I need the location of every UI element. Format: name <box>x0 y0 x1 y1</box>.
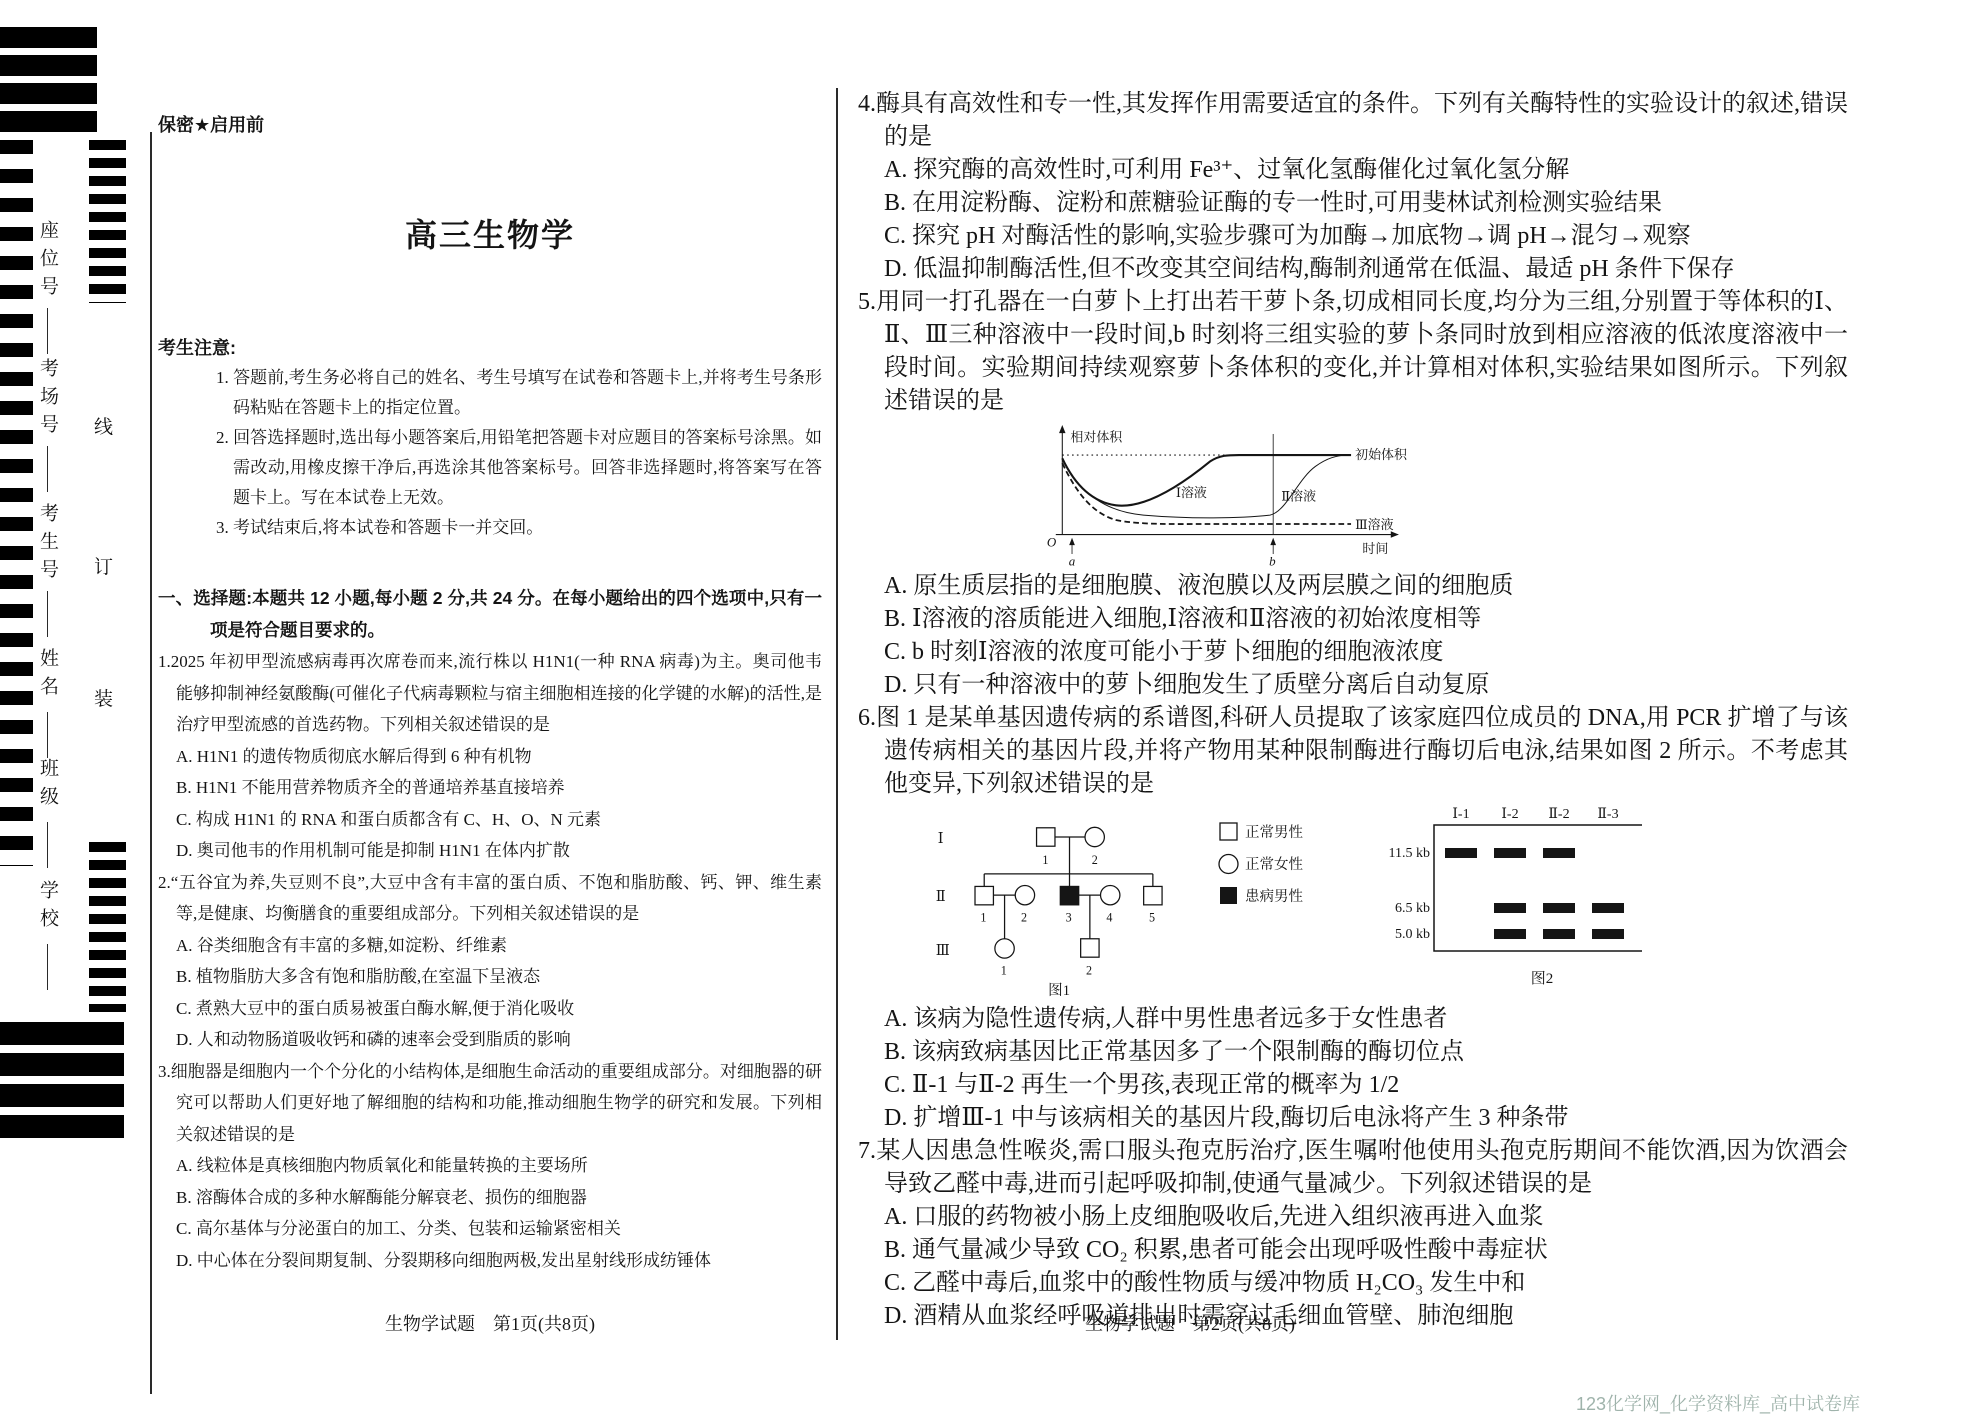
generation-label-1: Ⅰ <box>938 831 944 847</box>
page-footer-1: 生物学试题 第1页(共8页) <box>158 1310 822 1336</box>
notice-item-2: 2. 回答选择题时,选出每小题答案后,用铅笔把答题卡对应题目的答案标号涂黑。如需… <box>216 423 822 513</box>
question-4-option-B: B. 在用淀粉酶、淀粉和蔗糖验证酶的专一性时,可用斐林试剂检测实验结果 <box>858 187 1848 220</box>
question-7-stem: 7.某人因患急性喉炎,需口服头孢克肟治疗,医生嘱咐他使用头孢克肟期间不能饮酒,因… <box>858 1135 1848 1201</box>
registration-marks-left-edge <box>0 140 33 866</box>
field-line <box>47 446 48 492</box>
question-2-option-C: C. 煮熟大豆中的蛋白质易被蛋白酶水解,便于消化吸收 <box>158 993 822 1025</box>
question-2-stem: 2.“五谷宜为养,失豆则不良”,大豆中含有丰富的蛋白质、不饱和脂肪酸、钙、钾、维… <box>158 867 822 930</box>
question-4-option-D: D. 低温抑制酶活性,但不改变其空间结构,酶制剂通常在低温、最适 pH 条件下保… <box>858 253 1848 286</box>
notice-item-1: 1. 答题前,考生务必将自己的姓名、考生号填写在试卷和答题卡上,并将考生号条形码… <box>216 363 822 423</box>
question-5-option-C: C. b 时刻Ⅰ溶液的浓度可能小于萝卜细胞的细胞液浓度 <box>858 636 1848 669</box>
gel-lane-label: Ⅱ-2 <box>1548 807 1569 822</box>
figure-q5-osmosis-graph: 相对体积 初始体积 Ⅰ溶液 Ⅱ溶液 Ⅲ溶液 时间 O a b <box>1028 421 1848 567</box>
question-2: 2.“五谷宜为养,失豆则不良”,大豆中含有丰富的蛋白质、不饱和脂肪酸、钙、钾、维… <box>158 867 822 1056</box>
question-stem-text: 图 1 是某单基因遗传病的系谱图,科研人员提取了该家庭四位成员的 DNA,用 P… <box>876 705 1848 797</box>
y-axis-arrowhead <box>1059 425 1065 433</box>
gel-band <box>1592 929 1624 939</box>
gel-size-label: 6.5 kb <box>1395 901 1430 916</box>
question-6-option-A: A. 该病为隐性遗传病,人群中男性患者远多于女性患者 <box>858 1003 1848 1036</box>
question-number: 1. <box>158 652 171 671</box>
q5-relative-volume-chart: 相对体积 初始体积 Ⅰ溶液 Ⅱ溶液 Ⅲ溶液 时间 O a b <box>1028 421 1434 567</box>
question-3-option-D: D. 中心体在分裂间期复制、分裂期移向细胞两极,发出星射线形成纺锤体 <box>158 1245 822 1277</box>
registration-marks-top-left <box>0 27 97 135</box>
legend-square-icon <box>1220 823 1237 840</box>
notice-item-3: 3. 考试结束后,将本试卷和答题卡一并交回。 <box>216 513 822 543</box>
question-3-option-A: A. 线粒体是真核细胞内物质氧化和能量转换的主要场所 <box>158 1150 822 1182</box>
watermark: 123化学网_化学资料库_高中试卷库 <box>1576 1390 1860 1416</box>
question-stem-text: 某人因患急性喉炎,需口服头孢克肟治疗,医生嘱咐他使用头孢克肟期间不能饮酒,因为饮… <box>876 1138 1848 1197</box>
person-number: 2 <box>1086 964 1092 978</box>
gel-band <box>1543 848 1575 858</box>
person-I-2-normal-female <box>1085 827 1104 846</box>
registration-marks-bottom-left <box>0 1022 124 1144</box>
question-5-stem: 5.用同一打孔器在一白萝卜上打出若干萝卜条,切成相同长度,均分为三组,分别置于等… <box>858 286 1848 418</box>
person-II-4-normal-female <box>1101 885 1120 904</box>
person-II-2-normal-female <box>1015 885 1034 904</box>
gel-bands-group <box>1445 848 1624 939</box>
question-7: 7.某人因患急性喉炎,需口服头孢克肟治疗,医生嘱咐他使用头孢克肟期间不能饮酒,因… <box>858 1135 1848 1333</box>
question-stem-text: 酶具有高效性和专一性,其发挥作用需要适宜的条件。下列有关酶特性的实验设计的叙述,… <box>876 91 1848 150</box>
solution-1-label: Ⅰ溶液 <box>1176 485 1207 500</box>
tick-a-label: a <box>1069 553 1075 567</box>
tick-b-label: b <box>1269 553 1276 567</box>
question-2-option-A: A. 谷类细胞含有丰富的多糖,如淀粉、纤维素 <box>158 930 822 962</box>
origin-label: O <box>1047 535 1057 550</box>
question-4-stem: 4.酶具有高效性和专一性,其发挥作用需要适宜的条件。下列有关酶特性的实验设计的叙… <box>858 88 1848 154</box>
person-III-1-normal-female <box>995 939 1014 958</box>
person-II-3-affected-male <box>1060 886 1078 904</box>
question-1-option-A: A. H1N1 的遗传物质彻底水解后得到 6 种有机物 <box>158 741 822 773</box>
exam-title: 高三生物学 <box>158 220 822 252</box>
initial-volume-label: 初始体积 <box>1355 447 1408 462</box>
y-axis-label: 相对体积 <box>1070 429 1123 444</box>
question-4: 4.酶具有高效性和专一性,其发挥作用需要适宜的条件。下列有关酶特性的实验设计的叙… <box>858 88 1848 286</box>
gel-band <box>1494 848 1526 858</box>
field-line <box>47 944 48 990</box>
question-2-option-D: D. 人和动物肠道吸收钙和磷的速率会受到脂质的影响 <box>158 1024 822 1056</box>
question-1-option-C: C. 构成 H1N1 的 RNA 和蛋白质都含有 C、H、O、N 元素 <box>158 804 822 836</box>
gel-band <box>1592 903 1624 913</box>
person-number: 4 <box>1106 910 1112 924</box>
page-1: 保密★启用前 高三生物学 考生注意: 1. 答题前,考生务必将自己的姓名、考生号… <box>158 104 822 1276</box>
question-stem-text: 用同一打孔器在一白萝卜上打出若干萝卜条,切成相同长度,均分为三组,分别置于等体积… <box>876 289 1848 414</box>
legend-circle-icon <box>1219 855 1238 874</box>
person-II-5-normal-male <box>1144 886 1162 904</box>
generation-label-3: Ⅲ <box>936 943 950 959</box>
question-7-option-A: A. 口服的药物被小肠上皮细胞吸收后,先进入组织液再进入血浆 <box>858 1201 1848 1234</box>
q6-pedigree-legend: 正常男性 正常女性 患病男性 <box>1216 817 1336 911</box>
field-label-name: 姓名 <box>34 648 61 704</box>
field-line <box>47 591 48 637</box>
person-number: 3 <box>1066 910 1072 924</box>
question-2-option-B: B. 植物脂肪大多含有饱和脂肪酸,在室温下呈液态 <box>158 961 822 993</box>
field-line <box>47 712 48 758</box>
exam-sheet: 座位号 考场号 考生号 姓名 班级 学校 线 订 装 保密★启用前 高三生物学 … <box>0 0 1965 1422</box>
question-number: 2. <box>158 873 171 892</box>
legend-filled-square-icon <box>1220 887 1237 904</box>
question-number: 4. <box>858 91 876 117</box>
legend-label-normal-male: 正常男性 <box>1245 824 1303 841</box>
person-number: 5 <box>1149 910 1155 924</box>
question-5-option-A: A. 原生质层指的是细胞膜、液泡膜以及两层膜之间的细胞质 <box>858 570 1848 603</box>
question-7-option-C: C. 乙醛中毒后,血浆中的酸性物质与缓冲物质 H₂CO₃ 发生中和 <box>858 1267 1848 1300</box>
field-label-candidate-number: 考生号 <box>34 503 61 587</box>
tick-b-arrowhead <box>1270 538 1276 545</box>
question-3-option-B: B. 溶酶体合成的多种水解酶能分解衰老、损伤的细胞器 <box>158 1182 822 1214</box>
gel-band <box>1445 848 1477 858</box>
field-line <box>47 822 48 868</box>
center-divider-line <box>836 88 838 1340</box>
tick-a-arrowhead <box>1069 538 1075 545</box>
section-one-heading: 一、选择题:本题共 12 小题,每小题 2 分,共 24 分。在每小题给出的四个… <box>158 583 822 646</box>
registration-marks-inner-bottom <box>89 842 126 1012</box>
question-stem-text: “五谷宜为养,失豆则不良”,大豆中含有丰富的蛋白质、不饱和脂肪酸、钙、钾、维生素… <box>171 873 822 924</box>
question-1-option-D: D. 奥司他韦的作用机制可能是抑制 H1N1 在体内扩散 <box>158 835 822 867</box>
legend-label-affected-male: 患病男性 <box>1245 887 1303 905</box>
gel-band <box>1543 929 1575 939</box>
gel-lane-label: Ⅰ-2 <box>1501 807 1518 822</box>
figure-1-caption: 图1 <box>1048 982 1070 997</box>
person-I-1-normal-male <box>1037 828 1055 846</box>
question-6: 6.图 1 是某单基因遗传病的系谱图,科研人员提取了该家庭四位成员的 DNA,用… <box>858 702 1848 1135</box>
gel-band <box>1543 903 1575 913</box>
q6-pedigree-chart: Ⅰ Ⅱ Ⅲ 1 2 1 2 3 4 5 1 2 图1 <box>928 803 1180 997</box>
question-5-option-D: D. 只有一种溶液中的萝卜细胞发生了质壁分离后自动复原 <box>858 669 1848 702</box>
gel-band <box>1494 929 1526 939</box>
question-3: 3.细胞器是细胞内一个个分化的小结构体,是细胞生命活动的重要组成部分。对细胞器的… <box>158 1056 822 1277</box>
generation-label-2: Ⅱ <box>936 889 946 905</box>
solution-2-label: Ⅱ溶液 <box>1281 488 1316 503</box>
x-axis-arrowhead <box>1391 531 1399 537</box>
question-6-option-B: B. 该病致病基因比正常基因多了一个限制酶的酶切位点 <box>858 1036 1848 1069</box>
question-4-option-A: A. 探究酶的高效性时,可利用 Fe³⁺、过氧化氢酶催化过氧化氢分解 <box>858 154 1848 187</box>
question-number: 3. <box>158 1062 171 1081</box>
question-1: 1.2025 年初甲型流感病毒再次席卷而来,流行株以 H1N1(一种 RNA 病… <box>158 646 822 867</box>
binding-rule-line <box>150 132 152 1394</box>
field-label-class: 班级 <box>34 758 61 814</box>
gel-lane-label: Ⅱ-3 <box>1597 807 1618 822</box>
candidate-notice: 考生注意: 1. 答题前,考生务必将自己的姓名、考生号填写在试卷和答题卡上,并将… <box>158 333 822 543</box>
gel-size-label: 11.5 kb <box>1389 846 1430 861</box>
gel-size-label: 5.0 kb <box>1395 927 1430 942</box>
question-6-stem: 6.图 1 是某单基因遗传病的系谱图,科研人员提取了该家庭四位成员的 DNA,用… <box>858 702 1848 801</box>
question-5: 5.用同一打孔器在一白萝卜上打出若干萝卜条,切成相同长度,均分为三组,分别置于等… <box>858 286 1848 702</box>
question-6-option-D: D. 扩增Ⅲ-1 中与该病相关的基因片段,酶切后电泳将产生 3 种条带 <box>858 1102 1848 1135</box>
question-3-option-C: C. 高尔基体与分泌蛋白的加工、分类、包装和运输紧密相关 <box>158 1213 822 1245</box>
legend-label-normal-female: 正常女性 <box>1245 856 1303 873</box>
figure-q6-pedigree-and-gel: Ⅰ Ⅱ Ⅲ 1 2 1 2 3 4 5 1 2 图1 <box>928 803 1848 1001</box>
question-stem-text: 2025 年初甲型流感病毒再次席卷而来,流行株以 H1N1(一种 RNA 病毒)… <box>171 652 822 734</box>
gel-band <box>1494 903 1526 913</box>
question-1-option-B: B. H1N1 不能用营养物质齐全的普通培养基直接培养 <box>158 772 822 804</box>
question-1-stem: 1.2025 年初甲型流感病毒再次席卷而来,流行株以 H1N1(一种 RNA 病… <box>158 646 822 741</box>
q6-gel-electrophoresis: Ⅰ-1 Ⅰ-2 Ⅱ-2 Ⅱ-3 11.5 kb 6.5 kb 5.0 kb 图2 <box>1372 803 1642 993</box>
question-3-stem: 3.细胞器是细胞内一个个分化的小结构体,是细胞生命活动的重要组成部分。对细胞器的… <box>158 1056 822 1151</box>
binding-char-zhuang: 装 <box>94 684 113 711</box>
gel-lane-label: Ⅰ-1 <box>1452 807 1469 822</box>
notice-heading: 考生注意: <box>158 333 822 363</box>
question-number: 7. <box>858 1138 876 1164</box>
x-axis-label: 时间 <box>1362 541 1388 556</box>
question-number: 6. <box>858 705 876 731</box>
person-number: 1 <box>1001 964 1007 978</box>
question-stem-text: 细胞器是细胞内一个个分化的小结构体,是细胞生命活动的重要组成部分。对细胞器的研究… <box>171 1062 822 1144</box>
field-line <box>47 308 48 354</box>
person-number: 1 <box>980 910 986 924</box>
question-6-option-C: C. Ⅱ-1 与Ⅱ-2 再生一个男孩,表现正常的概率为 1/2 <box>858 1069 1848 1102</box>
figure-2-caption: 图2 <box>1531 970 1554 987</box>
sibling-drops <box>984 874 1153 887</box>
security-notice: 保密★启用前 <box>158 110 822 142</box>
page-footer-2: 生物学试题 第2页(共8页) <box>860 1310 1520 1336</box>
binding-char-ding: 订 <box>94 552 113 579</box>
field-label-seat-number: 座位号 <box>34 220 61 304</box>
solution-3-label: Ⅲ溶液 <box>1355 517 1393 532</box>
registration-marks-inner-top <box>89 140 126 303</box>
question-number: 5. <box>858 289 876 315</box>
page-2: 4.酶具有高效性和专一性,其发挥作用需要适宜的条件。下列有关酶特性的实验设计的叙… <box>858 88 1848 1333</box>
question-4-option-C: C. 探究 pH 对酶活性的影响,实验步骤可为加酶→加底物→调 pH→混匀→观察 <box>858 220 1848 253</box>
question-7-option-B: B. 通气量减少导致 CO₂ 积累,患者可能会出现呼吸性酸中毒症状 <box>858 1234 1848 1267</box>
question-5-option-B: B. Ⅰ溶液的溶质能进入细胞,Ⅰ溶液和Ⅱ溶液的初始浓度相等 <box>858 603 1848 636</box>
person-number: 2 <box>1021 910 1027 924</box>
person-number: 2 <box>1092 853 1098 867</box>
person-number: 1 <box>1042 853 1048 867</box>
binding-char-line: 线 <box>94 412 113 439</box>
person-II-1-normal-male <box>975 886 993 904</box>
field-label-school: 学校 <box>34 880 61 936</box>
field-label-exam-room-number: 考场号 <box>34 358 61 442</box>
person-III-2-normal-male <box>1081 939 1099 957</box>
